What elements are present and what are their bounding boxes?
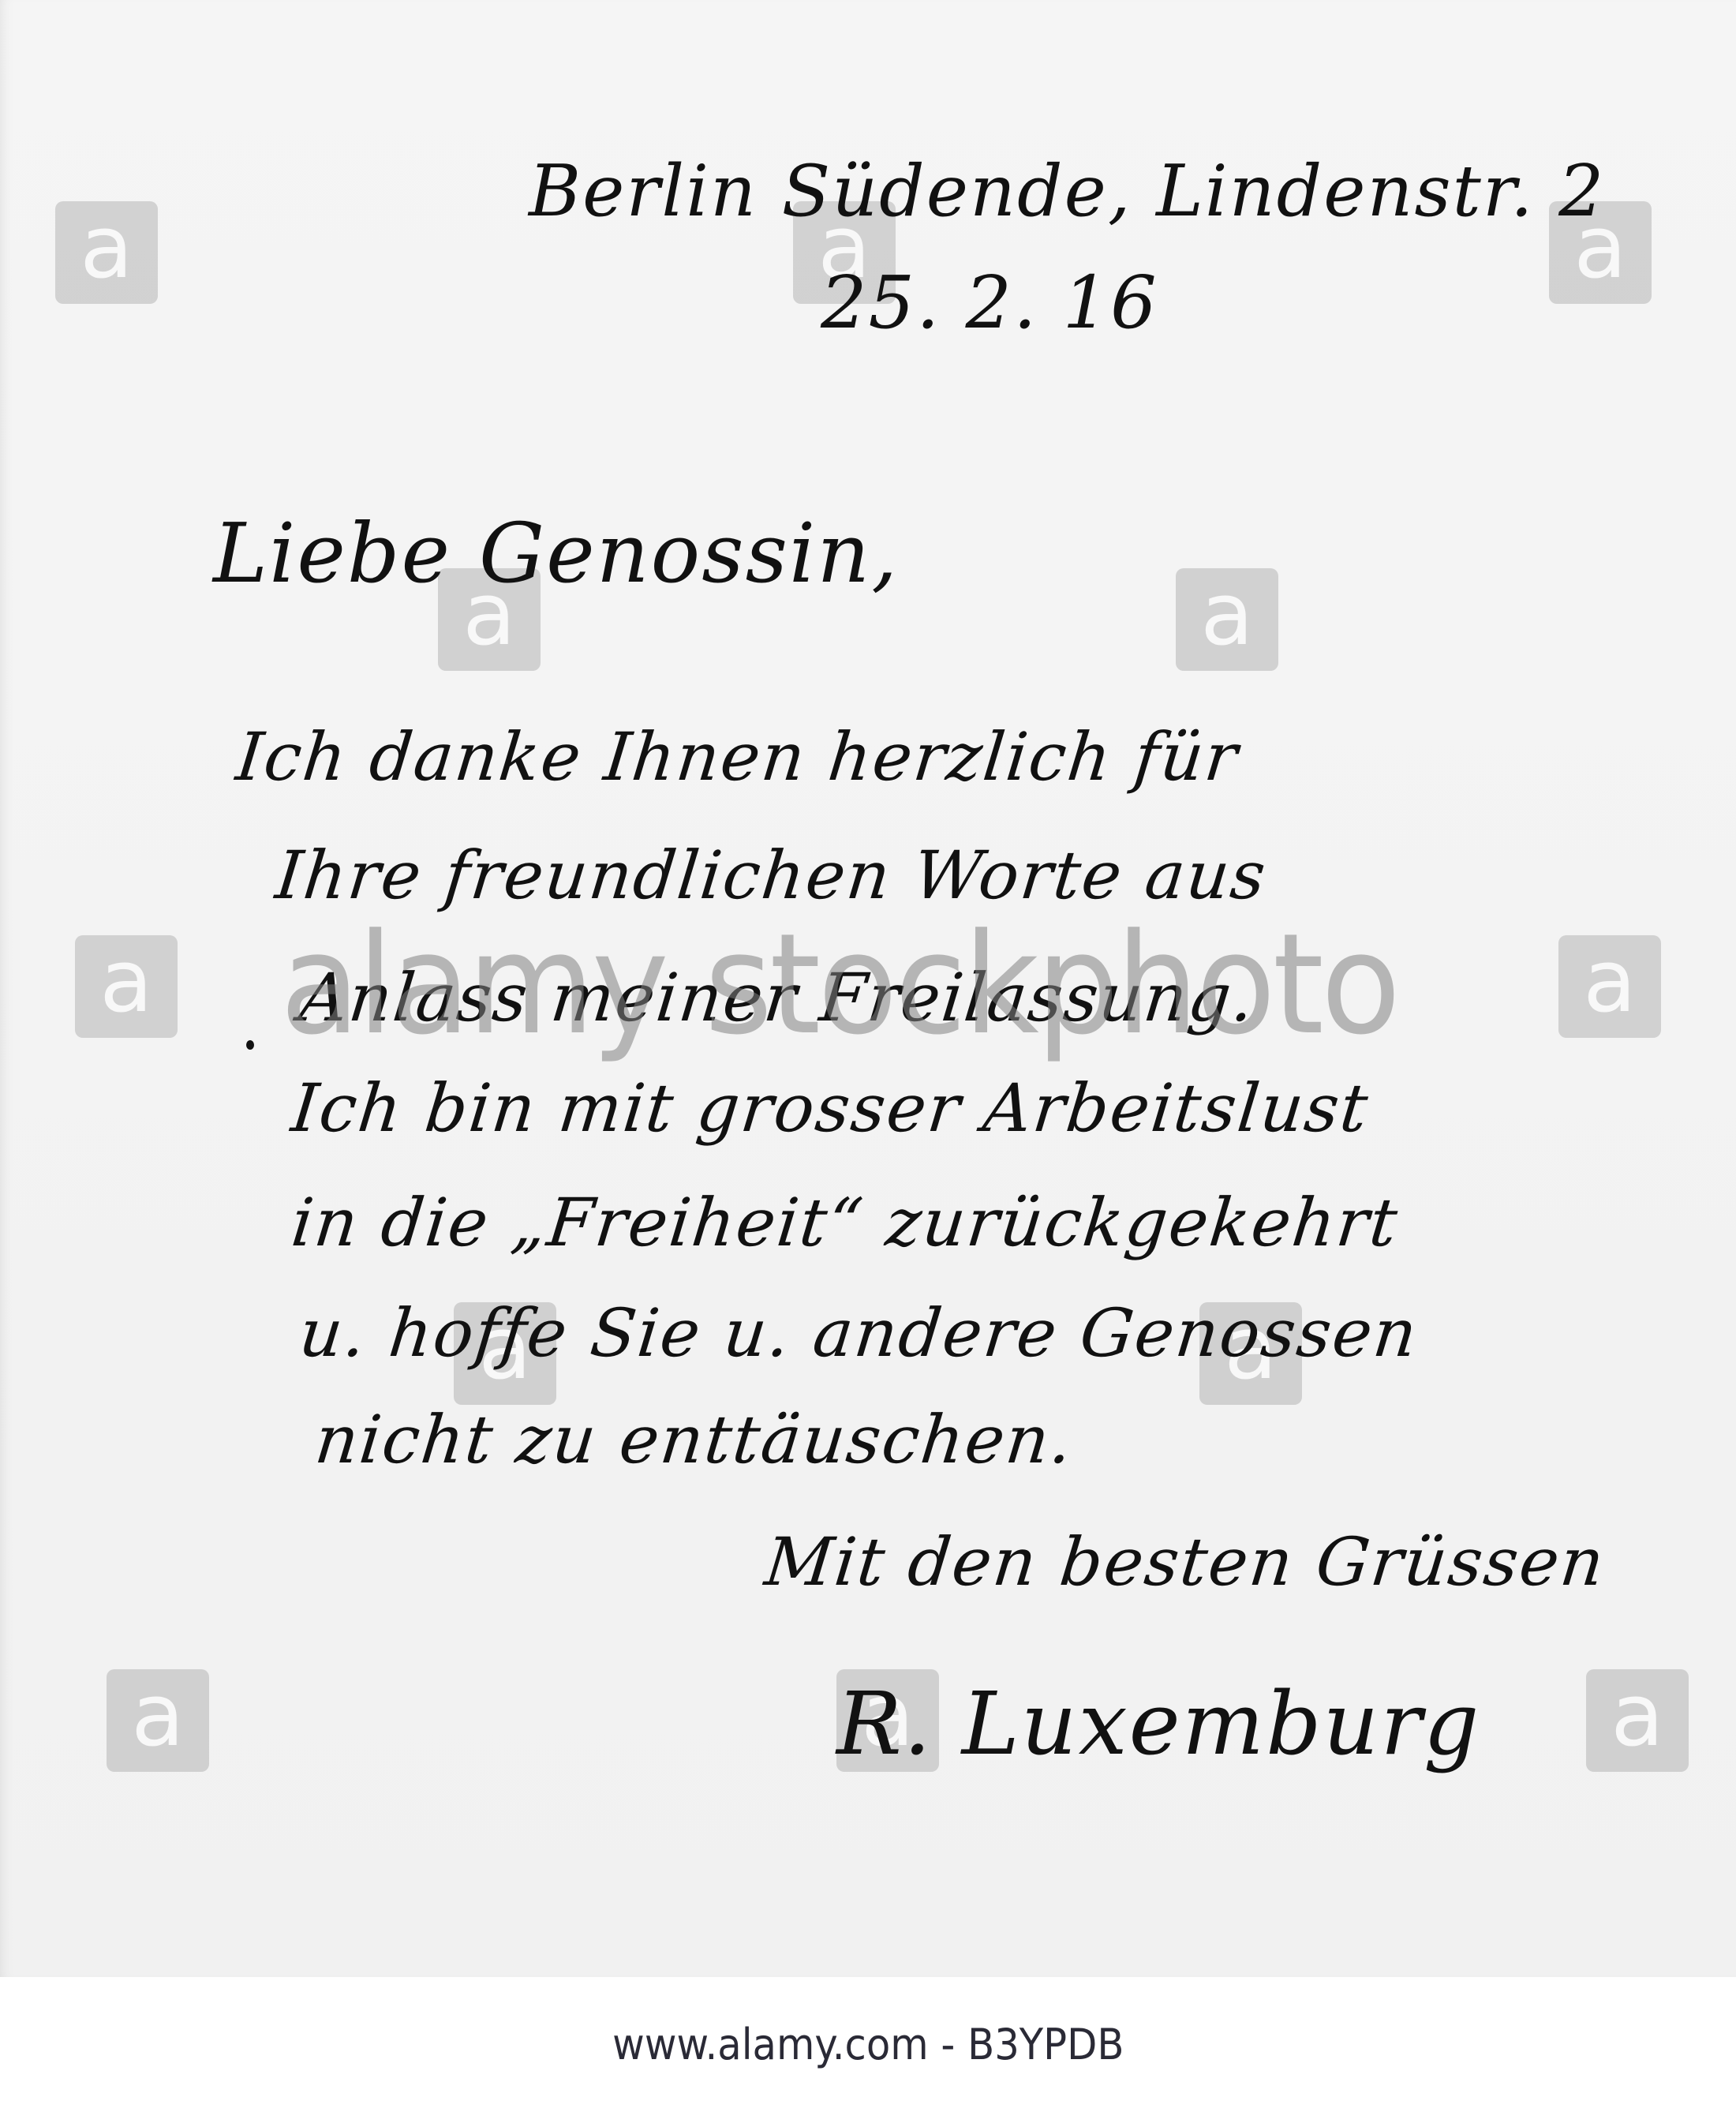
- letter-body-line: Ihre freundlichen Worte aus: [272, 837, 1270, 914]
- letter-body-line: u. hoffe Sie u. andere Genossen: [296, 1294, 1422, 1372]
- letter-address: Berlin Südende, Lindenstr. 2: [529, 150, 1605, 233]
- letter-salutation: Liebe Genossin,: [213, 505, 899, 601]
- watermark-logo-icon: a: [55, 201, 158, 304]
- watermark-text: alamy stockphoto: [280, 904, 1397, 1065]
- letter-page: Berlin Südende, Lindenstr. 2 25. 2. 16 L…: [0, 0, 1736, 1977]
- letter-closing: Mit den besten Grüssen: [761, 1523, 1609, 1601]
- image-credit-text: www.alamy.com - B3YPDB: [612, 2020, 1124, 2069]
- letter-body-line: in die „Freiheit“ zurückgekehrt: [288, 1184, 1402, 1261]
- image-credit-footer: www.alamy.com - B3YPDB: [0, 1977, 1736, 2112]
- watermark-logo-icon: a: [1176, 568, 1278, 671]
- watermark-logo-icon: a: [1586, 1669, 1689, 1772]
- letter-body-line: nicht zu enttäuschen.: [312, 1401, 1077, 1478]
- watermark-logo-icon: a: [75, 935, 178, 1038]
- watermark-logo-icon: a: [1558, 935, 1661, 1038]
- letter-body-line: Ich bin mit grosser Arbeitslust: [288, 1069, 1373, 1147]
- ink-dot: [246, 1040, 254, 1050]
- watermark-logo-icon: a: [107, 1669, 209, 1772]
- letter-body-line: Ich danke Ihnen herzlich für: [233, 718, 1243, 796]
- letter-signature: R. Luxemburg: [836, 1673, 1480, 1774]
- letter-date: 25. 2. 16: [821, 260, 1158, 345]
